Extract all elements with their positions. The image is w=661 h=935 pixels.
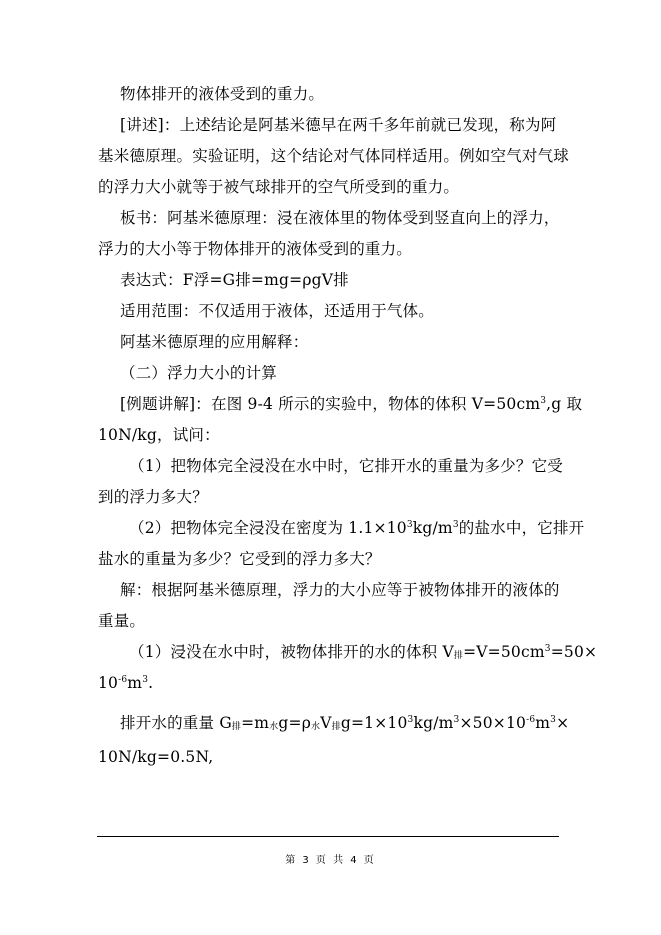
text-run: m [127,674,142,692]
answer-line: 解：根据阿基米德原理，浮力的大小应等于被物体排开的液体的 [120,580,560,600]
paragraph-line: 板书：阿基米德原理：浸在液体里的物体受到竖直向上的浮力， [120,208,560,228]
subscript: 排 [232,722,241,732]
answer-line: 10N/kg=0.5N, [98,747,213,767]
text-run: [例题讲解]：在图 9-4 所示的实验中，物体的体积 V=50cm [120,395,540,413]
text-run: 排开水的重量 G [120,714,232,732]
answer-line: 重量。 [98,611,145,631]
question-line: （2）把物体完全浸没在密度为 1.1×103kg/m3的盐水中，它排开 [129,518,584,538]
text-run: × [556,714,569,732]
answer-line: （1）浸没在水中时，被物体排开的水的体积 V排=V=50cm3=50× [129,642,597,662]
text-run: g=1×10 [341,714,408,732]
text-run: g=ρ [278,714,311,732]
question-line: （1）把物体完全浸没在水中时，它排开水的重量为多少？它受 [129,456,563,476]
text-run: m [535,714,550,732]
answer-line: 10-6m3. [98,673,153,693]
subscript: 排 [332,722,341,732]
text-run: kg/m [413,519,453,537]
question-line: 到的浮力多大？ [98,487,208,507]
paragraph-line: 浮力的大小等于物体排开的液体受到的重力。 [98,239,412,259]
page-number: 第 3 页 共 4 页 [0,855,661,867]
subscript: 水 [311,722,320,732]
paragraph-line: 10N/kg，试问： [98,425,220,445]
superscript: -6 [118,675,127,685]
paragraph-line: 物体排开的液体受到的重力。 [120,84,324,104]
text-run: 的盐水中，它排开 [459,519,585,537]
paragraph-line: 的浮力大小就等于被气球排开的空气所受到的重力。 [98,177,459,197]
paragraph-line: [例题讲解]：在图 9-4 所示的实验中，物体的体积 V=50cm3,g 取 [120,394,582,414]
text-run: （1）浸没在水中时，被物体排开的水的体积 V [129,643,454,661]
question-line: 盐水的重量为多少？它受到的浮力多大？ [98,549,381,569]
text-run: ,g 取 [546,395,582,413]
text-run: =V=50cm [463,643,545,661]
paragraph-line: 适用范围：不仅适用于液体，还适用于气体。 [120,301,434,321]
paragraph-line: [讲述]：上述结论是阿基米德早在两千多年前就已发现，称为阿 [120,115,556,135]
text-run: ×50×10 [459,714,526,732]
text-run: kg/m [413,714,453,732]
text-run: . [148,674,153,692]
superscript: -6 [526,715,535,725]
text-run: =50× [551,643,598,661]
text-run: 10 [98,674,118,692]
text-run: =m [241,714,269,732]
answer-line: 排开水的重量 G排=m水g=ρ水V排g=1×103kg/m3×50×10-6m3… [120,713,569,733]
formula-line: 表达式：F浮=G排=mg=ρgV排 [120,270,349,290]
paragraph-line: 阿基米德原理的应用解释： [120,332,308,352]
paragraph-line: 基米德原理。实验证明，这个结论对气体同样适用。例如空气对气球 [98,146,569,166]
text-run: V [320,714,331,732]
subscript: 排 [454,651,463,661]
text-run: （2）把物体完全浸没在密度为 1.1×10 [129,519,407,537]
footer-divider [97,836,559,837]
section-heading: （二）浮力大小的计算 [120,363,277,383]
